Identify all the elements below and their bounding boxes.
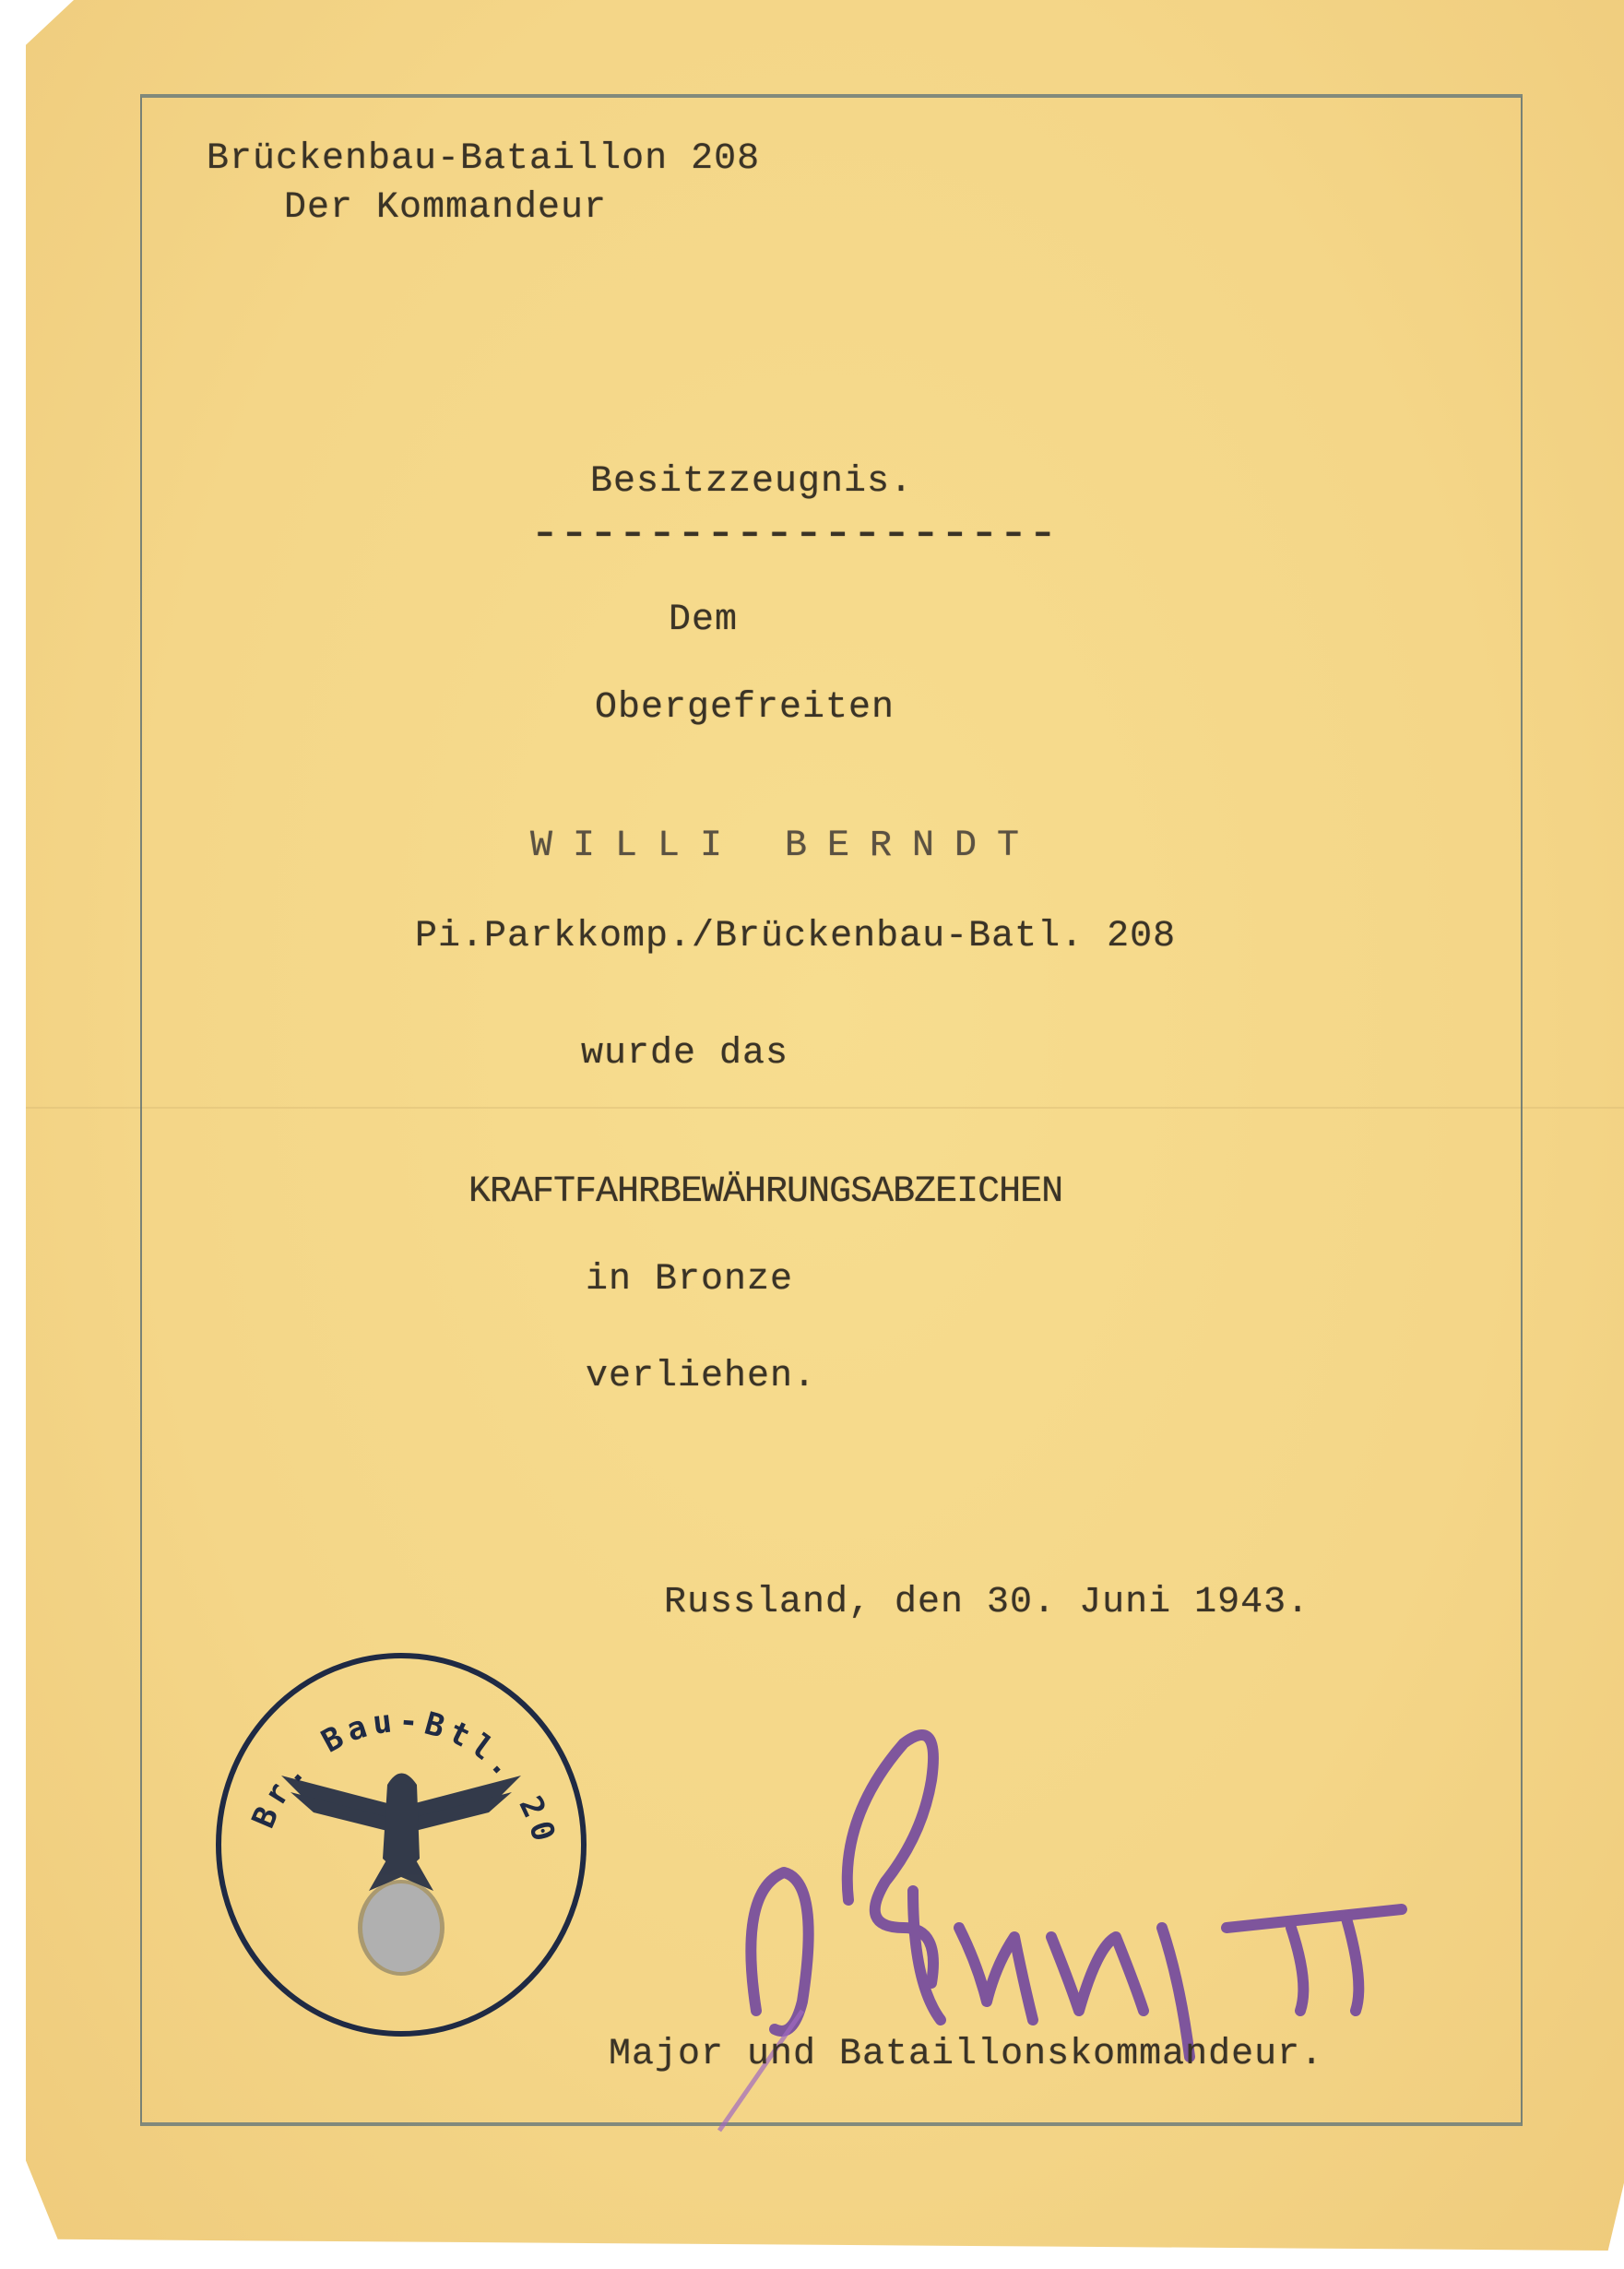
rank: Obergefreiten [595,687,895,729]
line-wurde: wurde das [581,1033,788,1075]
line-verliehen: verliehen. [586,1356,816,1397]
award-name: KRAFTFAHRBEWÄHRUNGSABZEICHEN [468,1171,1062,1213]
official-stamp: Br. Bau-Btl. 208 [212,1646,590,2043]
eagle-icon [281,1774,521,1892]
signature-title: Major und Bataillonskommandeur. [609,2034,1323,2075]
header-unit: Brückenbau-Bataillon 208 [207,138,760,180]
recipient-name: WILLI BERNDT [530,826,1039,867]
document-title: Besitzzeugnis. [590,461,913,503]
unit-line: Pi.Parkkomp./Brückenbau-Batl. 208 [415,916,1176,957]
award-grade: in Bronze [586,1259,793,1301]
title-underline: ------------------ [530,515,1058,552]
header-role: Der Kommandeur [284,187,607,229]
line-dem: Dem [669,600,738,641]
place-date: Russland, den 30. Juni 1943. [664,1582,1310,1623]
